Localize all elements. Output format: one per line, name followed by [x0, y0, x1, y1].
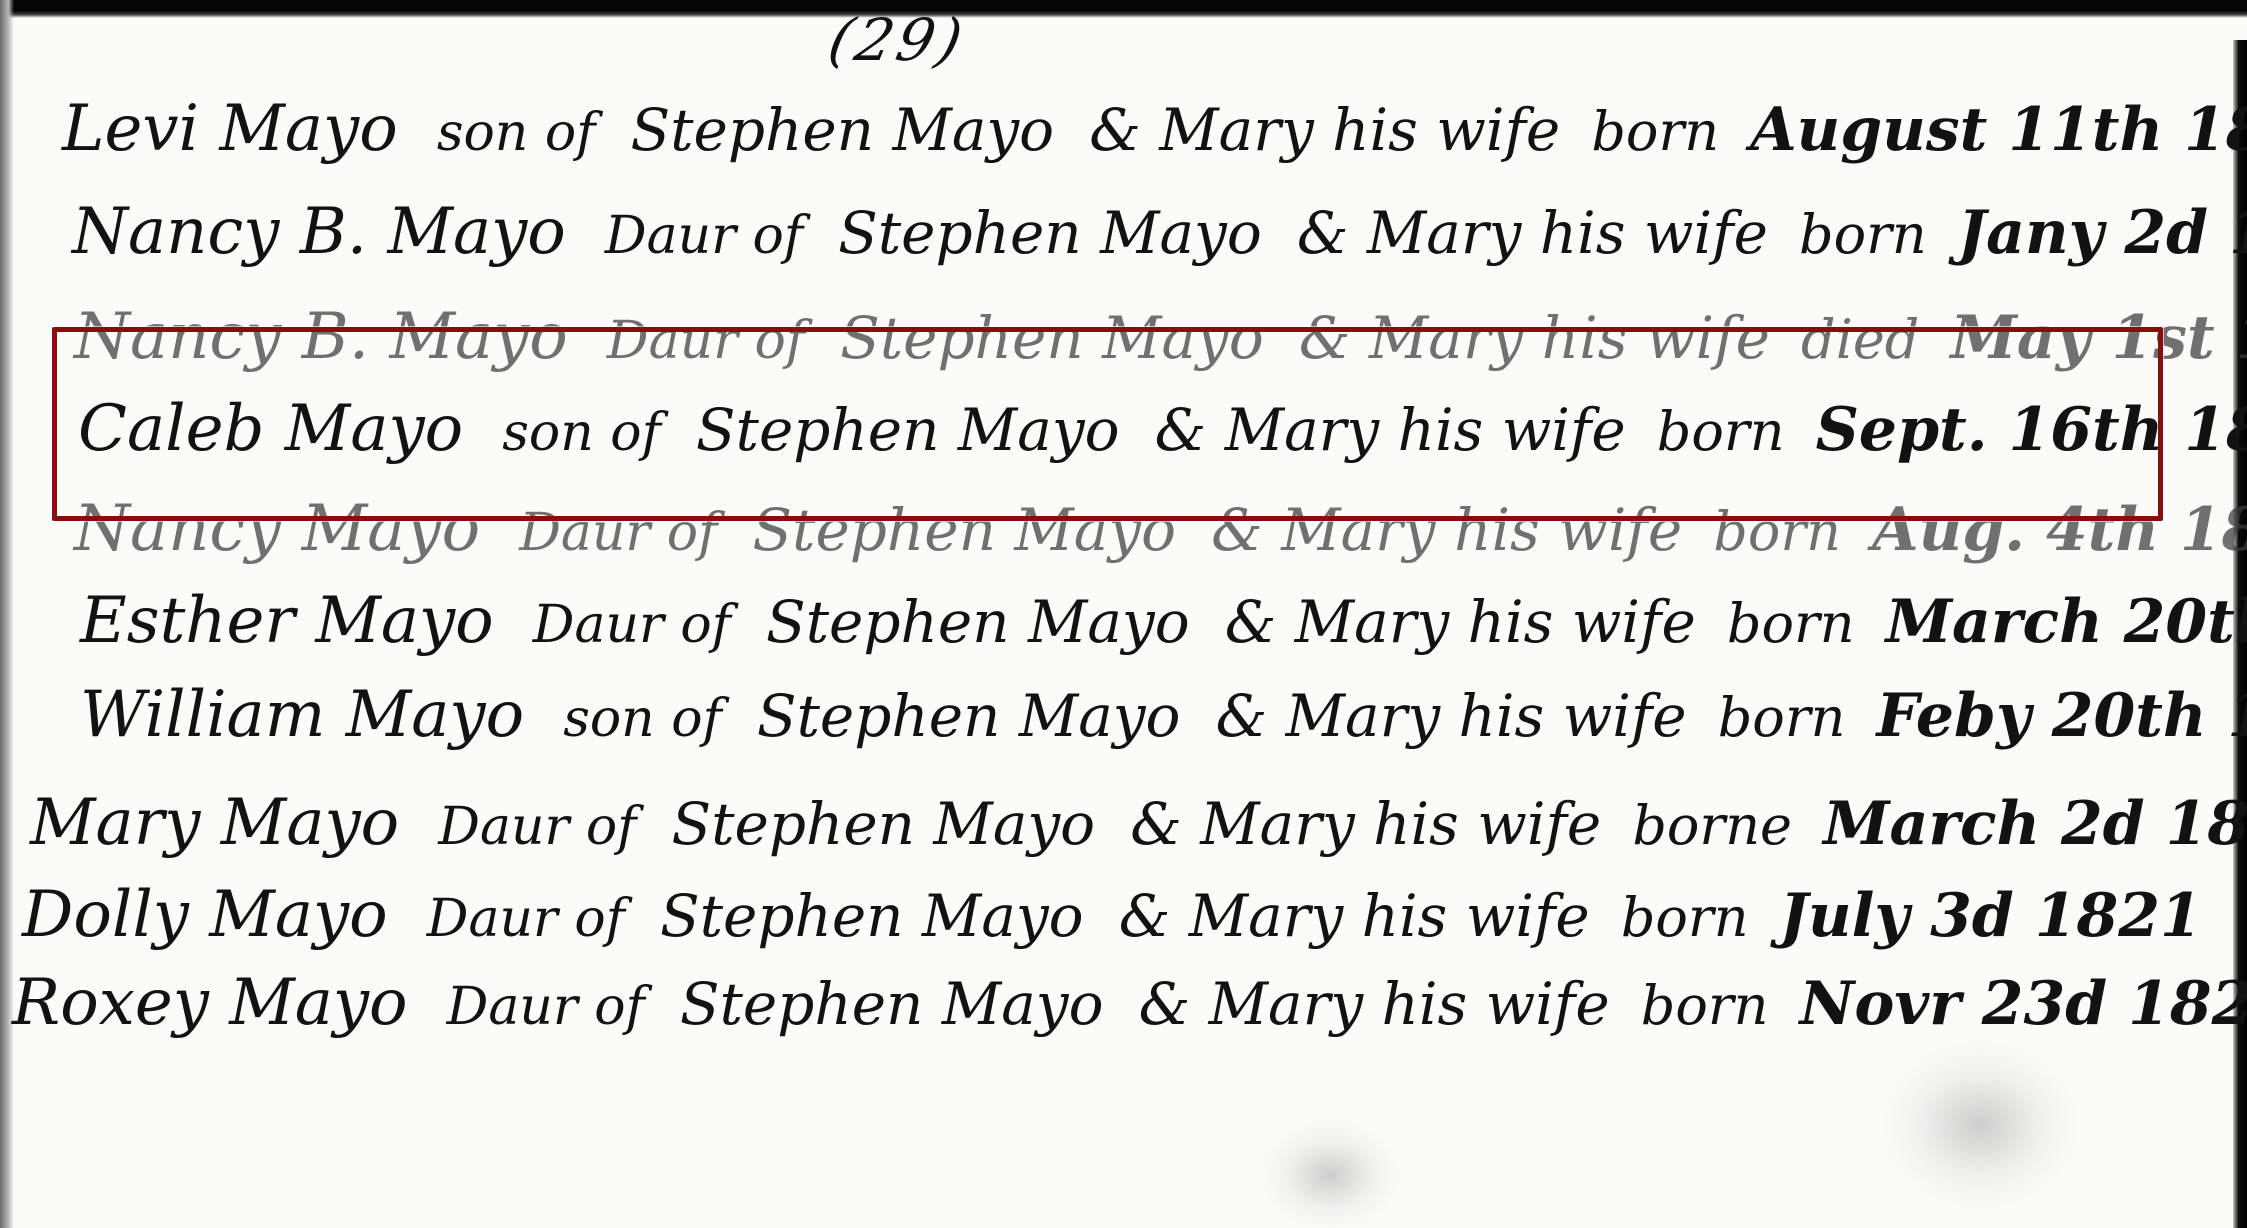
entry-mother: & Mary his wife	[1119, 882, 1590, 950]
entry-date: August 11th 1804-	[1750, 95, 2247, 165]
entry-relation: Daur of	[447, 977, 645, 1037]
entry-relation: Daur of	[427, 889, 625, 949]
entry-name: Nancy Mayo	[74, 492, 480, 566]
entry-event: died	[1801, 308, 1919, 371]
entry-mother: & Mary his wife	[1089, 96, 1560, 164]
entry-date: May 1st 1809-	[1950, 303, 2247, 373]
register-entry: Levi Mayo son of Stephen Mayo & Mary his…	[62, 92, 2247, 182]
entry-relation: son of	[563, 689, 722, 749]
scanned-register-page: (29) Levi Mayo son of Stephen Mayo & Mar…	[0, 0, 2247, 1228]
register-entry: Nancy Mayo Daur of Stephen Mayo & Mary h…	[74, 492, 2247, 582]
entry-relation: Daur of	[607, 311, 805, 371]
entry-name: William Mayo	[80, 678, 524, 752]
entry-relation: son of	[437, 103, 596, 163]
register-entry: Roxey Mayo Daur of Stephen Mayo & Mary h…	[12, 966, 2247, 1056]
entry-name: Esther Mayo	[80, 584, 494, 658]
register-entry: Mary Mayo Daur of Stephen Mayo & Mary hi…	[30, 786, 2247, 876]
paper-stain	[1880, 1040, 2080, 1210]
entry-event: born	[1799, 203, 1927, 266]
entry-father: Stephen Mayo	[630, 96, 1054, 164]
entry-date: Feby 20th 1817-	[1877, 681, 2247, 751]
register-entry: Nancy B. Mayo Daur of Stephen Mayo & Mar…	[74, 300, 2247, 390]
entry-mother: & Mary his wife	[1299, 304, 1770, 372]
entry-mother: & Mary his wife	[1216, 682, 1687, 750]
entry-relation: son of	[502, 403, 661, 463]
entry-relation: Daur of	[533, 595, 731, 655]
entry-event: born	[1641, 974, 1769, 1037]
entry-event: born	[1713, 500, 1841, 563]
entry-event: born	[1591, 100, 1719, 163]
entry-date: Aug. 4th 1810-	[1872, 495, 2247, 565]
entry-father: Stephen Mayo	[671, 790, 1095, 858]
entry-name: Roxey Mayo	[12, 966, 408, 1040]
register-entry: Dolly Mayo Daur of Stephen Mayo & Mary h…	[22, 878, 2247, 968]
register-entry: Esther Mayo Daur of Stephen Mayo & Mary …	[80, 584, 2247, 674]
entry-father: Stephen Mayo	[696, 396, 1120, 464]
entry-mother: & Mary his wife	[1225, 588, 1696, 656]
entry-date: July 3d 1821	[1780, 881, 2202, 951]
entry-name: Caleb Mayo	[78, 392, 463, 466]
entry-name: Nancy B. Mayo	[74, 300, 568, 374]
entry-name: Mary Mayo	[30, 786, 399, 860]
register-entry: Nancy B. Mayo Daur of Stephen Mayo & Mar…	[72, 195, 2247, 285]
entry-father: Stephen Mayo	[752, 496, 1176, 564]
entry-mother: & Mary his wife	[1211, 496, 1682, 564]
entry-date: Jany 2d 1807-	[1958, 198, 2247, 268]
entry-relation: Daur of	[438, 797, 636, 857]
entry-father: Stephen Mayo	[757, 682, 1181, 750]
entry-mother: & Mary his wife	[1297, 199, 1768, 267]
register-entry: Caleb Mayo son of Stephen Mayo & Mary hi…	[78, 392, 2247, 482]
entry-mother: & Mary his wife	[1130, 790, 1601, 858]
entry-father: Stephen Mayo	[840, 304, 1264, 372]
entry-date: Sept. 16th 1808-	[1816, 395, 2247, 465]
entry-event: borne	[1632, 794, 1792, 857]
entry-event: born	[1727, 592, 1855, 655]
entry-date: March 2d 1819	[1823, 789, 2247, 859]
entry-father: Stephen Mayo	[660, 882, 1084, 950]
entry-father: Stephen Mayo	[680, 970, 1104, 1038]
entry-relation: Daur of	[519, 503, 717, 563]
entry-name: Dolly Mayo	[22, 878, 388, 952]
entry-father: Stephen Mayo	[838, 199, 1262, 267]
entry-date: March 20th 1814-	[1886, 587, 2247, 657]
entry-relation: Daur of	[605, 206, 803, 266]
entry-name: Nancy B. Mayo	[72, 195, 566, 269]
entry-name: Levi Mayo	[62, 92, 398, 166]
register-entry: William Mayo son of Stephen Mayo & Mary …	[80, 678, 2247, 768]
entry-event: born	[1718, 686, 1846, 749]
entry-father: Stephen Mayo	[766, 588, 1190, 656]
paper-stain	[1260, 1120, 1400, 1228]
entry-event: born	[1657, 400, 1785, 463]
entry-event: born	[1621, 886, 1749, 949]
scan-top-edge	[0, 0, 2247, 18]
page-number: (29)	[823, 6, 973, 74]
entry-mother: & Mary his wife	[1155, 396, 1626, 464]
entry-date: Novr 23d 1826	[1800, 969, 2247, 1039]
entry-mother: & Mary his wife	[1139, 970, 1610, 1038]
